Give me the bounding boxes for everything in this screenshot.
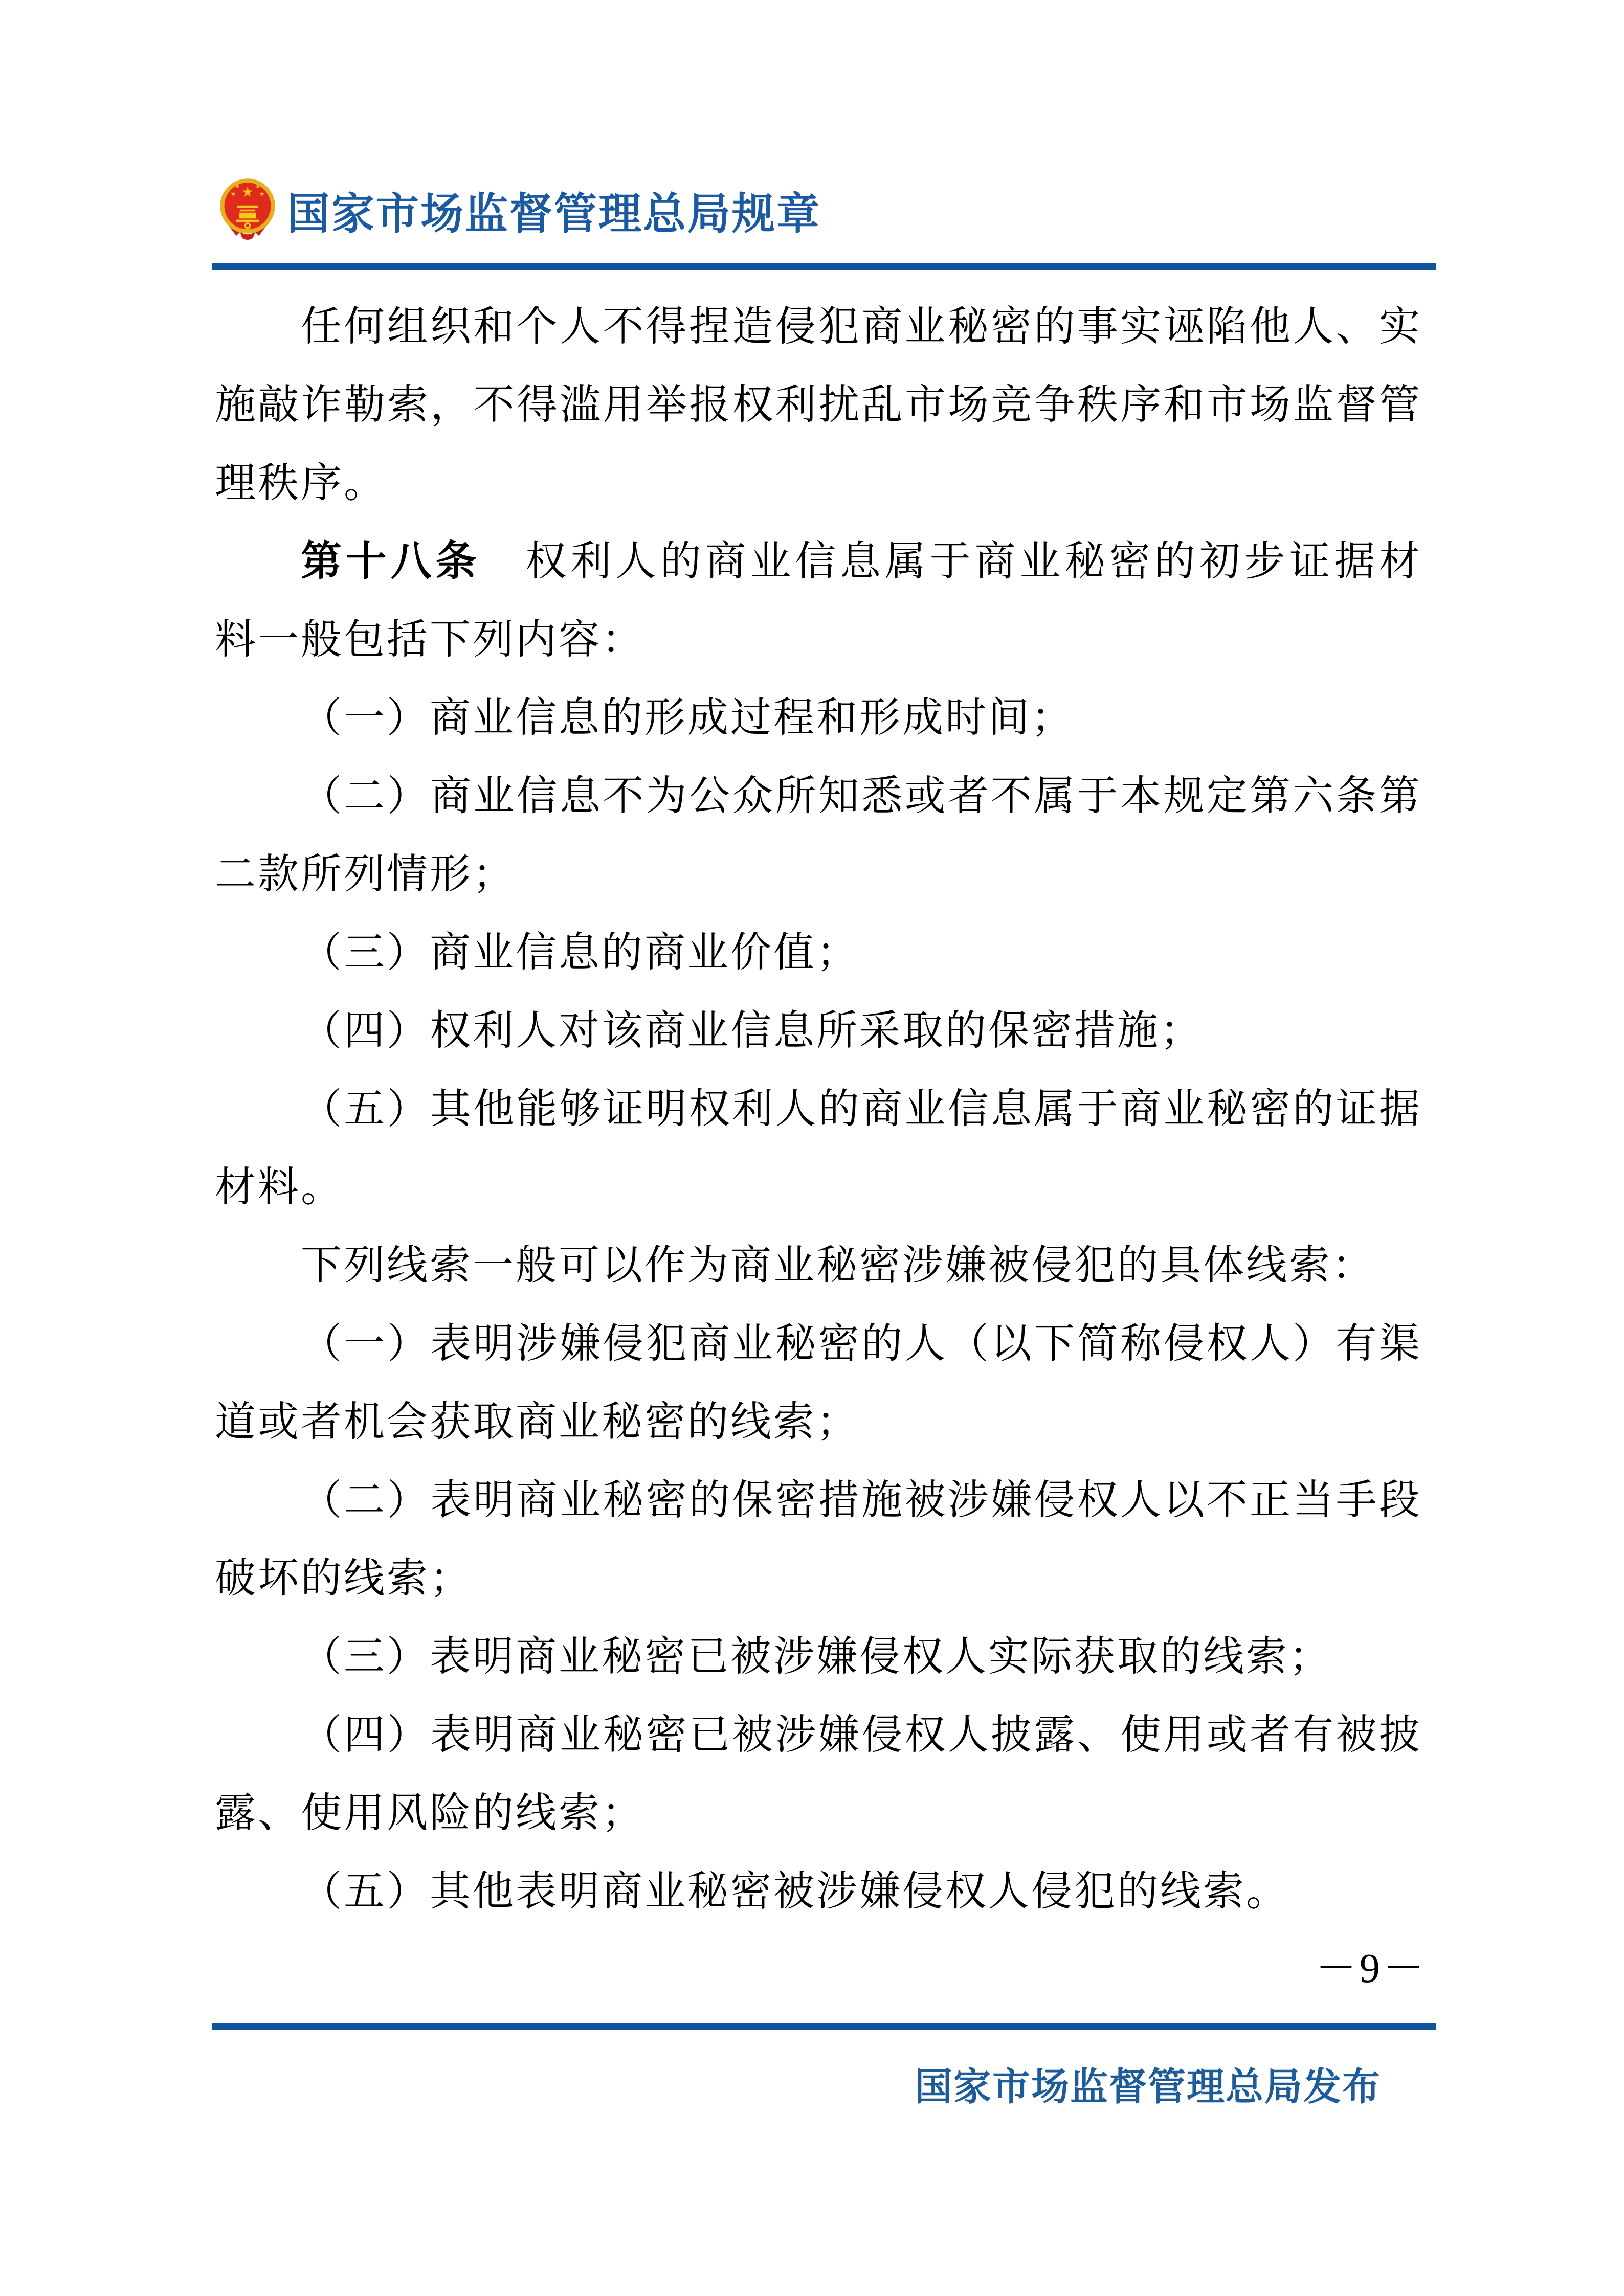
body-line: 二款所列情形； (215, 836, 1422, 914)
body-text: 道或者机会获取商业秘密的线索； (215, 1400, 859, 1445)
body-line: （五）其他能够证明权利人的商业信息属于商业秘密的证据 (215, 1070, 1422, 1149)
body-text: （四）表明商业秘密已被涉嫌侵权人披露、使用或者有被披 (301, 1713, 1422, 1758)
body-text: 理秩序。 (215, 461, 387, 506)
document-body: 任何组织和个人不得捏造侵犯商业秘密的事实诬陷他人、实施敲诈勒索，不得滥用举报权利… (215, 288, 1422, 1931)
body-text: 露、使用风险的线索； (215, 1791, 644, 1836)
body-line: 露、使用风险的线索； (215, 1774, 1422, 1853)
body-line: 第十八条 权利人的商业信息属于商业秘密的初步证据材 (215, 523, 1422, 601)
page-title: 国家市场监督管理总局规章 (287, 179, 821, 241)
body-line: 施敲诈勒索，不得滥用举报权利扰乱市场竞争秩序和市场监督管 (215, 366, 1422, 444)
body-text: （二）表明商业秘密的保密措施被涉嫌侵权人以不正当手段 (301, 1478, 1422, 1523)
body-text: 任何组织和个人不得捏造侵犯商业秘密的事实诬陷他人、实 (301, 304, 1422, 349)
body-line: 道或者机会获取商业秘密的线索； (215, 1383, 1422, 1461)
body-line: 理秩序。 (215, 444, 1422, 523)
body-line: （二）表明商业秘密的保密措施被涉嫌侵权人以不正当手段 (215, 1461, 1422, 1540)
body-line: （三）商业信息的商业价值； (215, 914, 1422, 992)
body-line: （四）表明商业秘密已被涉嫌侵权人披露、使用或者有被披 (215, 1696, 1422, 1774)
body-line: （三）表明商业秘密已被涉嫌侵权人实际获取的线索； (215, 1618, 1422, 1696)
body-text: （三）表明商业秘密已被涉嫌侵权人实际获取的线索； (301, 1634, 1332, 1679)
footer-publisher: 国家市场监督管理总局发布 (215, 2057, 1381, 2111)
page-number: －9－ (215, 1938, 1427, 1999)
document-page: { "header": { "title": "国家市场监督管理总局规章", "… (0, 0, 1624, 2296)
document-header: 国家市场监督管理总局规章 (217, 178, 821, 242)
footer-rule (212, 2023, 1436, 2030)
body-text: 二款所列情形； (215, 852, 516, 897)
body-line: （二）商业信息不为公众所知悉或者不属于本规定第六条第 (215, 757, 1422, 836)
body-line: 料一般包括下列内容： (215, 601, 1422, 679)
header-rule (212, 263, 1436, 270)
article-number-text: 第十八条 (301, 539, 480, 584)
body-text: 施敲诈勒索，不得滥用举报权利扰乱市场竞争秩序和市场监督管 (215, 382, 1422, 427)
body-text: （三）商业信息的商业价值； (301, 930, 859, 975)
body-text: （五）其他表明商业秘密被涉嫌侵权人侵犯的线索。 (301, 1869, 1289, 1914)
body-text: （五）其他能够证明权利人的商业信息属于商业秘密的证据 (301, 1087, 1422, 1132)
body-text: 权利人的商业信息属于商业秘密的初步证据材 (480, 539, 1422, 584)
body-line: （一）商业信息的形成过程和形成时间； (215, 679, 1422, 757)
body-line: 下列线索一般可以作为商业秘密涉嫌被侵犯的具体线索： (215, 1227, 1422, 1305)
body-line: （四）权利人对该商业信息所采取的保密措施； (215, 992, 1422, 1070)
body-text: （四）权利人对该商业信息所采取的保密措施； (301, 1008, 1203, 1053)
body-text: （一）表明涉嫌侵犯商业秘密的人（以下简称侵权人）有渠 (301, 1321, 1422, 1366)
body-line: 任何组织和个人不得捏造侵犯商业秘密的事实诬陷他人、实 (215, 288, 1422, 366)
body-text: （一）商业信息的形成过程和形成时间； (301, 695, 1074, 740)
body-line: （一）表明涉嫌侵犯商业秘密的人（以下简称侵权人）有渠 (215, 1305, 1422, 1383)
body-line: 破坏的线索； (215, 1540, 1422, 1618)
body-line: 材料。 (215, 1149, 1422, 1227)
body-text: 破坏的线索； (215, 1556, 473, 1601)
body-text: 料一般包括下列内容： (215, 617, 644, 662)
body-text: （二）商业信息不为公众所知悉或者不属于本规定第六条第 (301, 774, 1422, 819)
china-national-emblem-icon (217, 178, 278, 242)
body-text: 材料。 (215, 1165, 344, 1210)
body-line: （五）其他表明商业秘密被涉嫌侵权人侵犯的线索。 (215, 1853, 1422, 1931)
body-text: 下列线索一般可以作为商业秘密涉嫌被侵犯的具体线索： (301, 1243, 1375, 1288)
